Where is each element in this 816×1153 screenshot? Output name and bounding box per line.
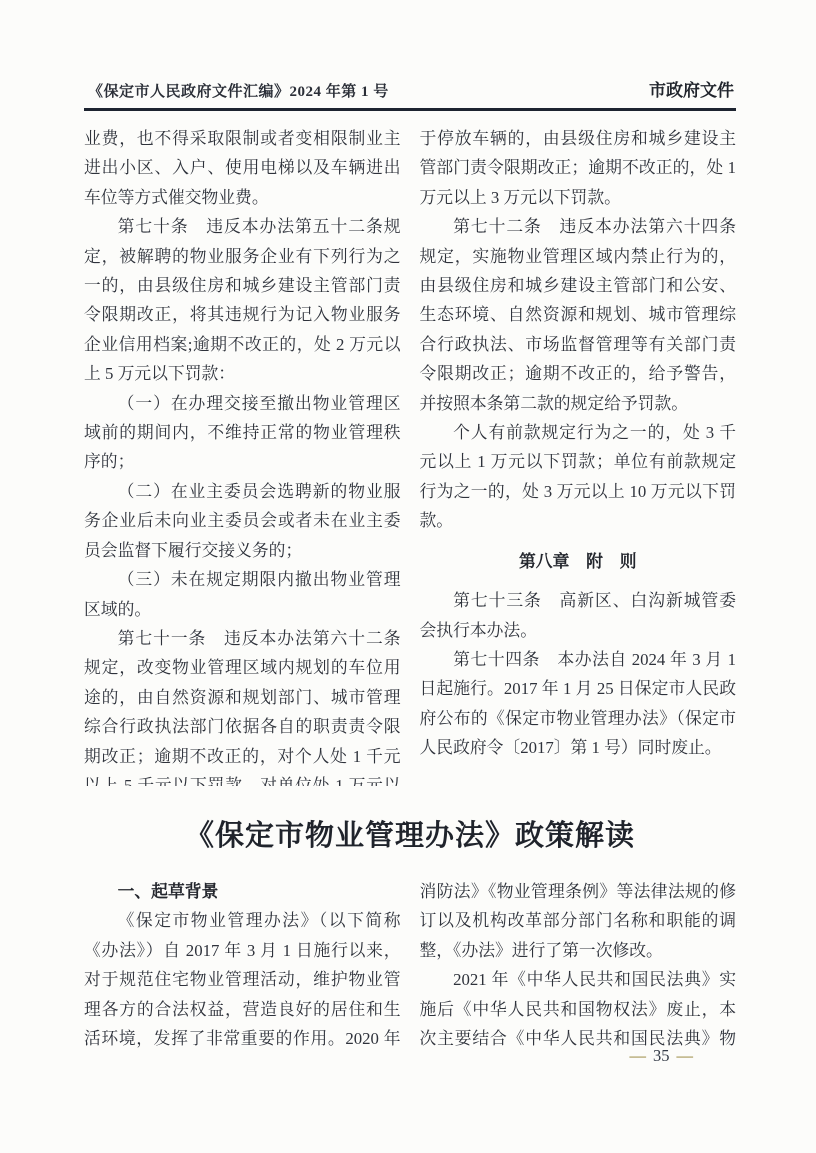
paragraph: 消防法》《物业管理条例》等法律法规的修订以及机构改革部分部门名称和职能的调整，《… [420, 877, 737, 965]
regulation-right-column: 于停放车辆的，由县级住房和城乡建设主管部门责令限期改正；逾期不改正的，处 1 万… [420, 124, 737, 786]
policy-section: 一、起草背景《保定市物业管理办法》（以下简称《办法》）自 2017 年 3 月 … [84, 877, 736, 1057]
paragraph: 《保定市物业管理办法》（以下简称《办法》）自 2017 年 3 月 1 日施行以… [84, 906, 401, 1057]
paragraph: 2021 年《中华人民共和国民法典》实施后《中华人民共和国物权法》废止，本次主要… [420, 965, 737, 1057]
paragraph: 个人有前款规定行为之一的，处 3 千元以上 1 万元以下罚款；单位有前款规定行为… [420, 418, 737, 536]
page-header: 《保定市人民政府文件汇编》2024 年第 1 号 市政府文件 [84, 76, 736, 111]
paragraph: 第七十条 违反本办法第五十二条规定，被解聘的物业服务企业有下列行为之一的，由县级… [84, 212, 401, 388]
document-page: 《保定市人民政府文件汇编》2024 年第 1 号 市政府文件 业费，也不得采取限… [0, 0, 816, 1153]
regulation-left-column: 业费，也不得采取限制或者变相限制业主进出小区、入户、使用电梯以及车辆进出车位等方… [84, 124, 401, 786]
paragraph: 第七十一条 违反本办法第六十二条规定，改变物业管理区域内规划的车位用途的，由自然… [84, 624, 401, 786]
page-number-dash-left: — [623, 1046, 654, 1065]
paragraph: 于停放车辆的，由县级住房和城乡建设主管部门责令限期改正；逾期不改正的，处 1 万… [420, 124, 737, 212]
chapter-heading: 第八章 附 则 [420, 547, 737, 576]
header-doc-category: 市政府文件 [649, 76, 734, 101]
paragraph: 第七十四条 本办法自 2024 年 3 月 1 日起施行。2017 年 1 月 … [420, 645, 737, 763]
section-heading: 一、起草背景 [84, 877, 401, 906]
policy-right-column: 消防法》《物业管理条例》等法律法规的修订以及机构改革部分部门名称和职能的调整，《… [420, 877, 737, 1057]
paragraph: （一）在办理交接至撤出物业管理区域前的期间内，不维持正常的物业管理秩序的； [84, 389, 401, 477]
page-footer: —35— [623, 1046, 701, 1066]
paragraph: 第七十三条 高新区、白沟新城管委会执行本办法。 [420, 586, 737, 645]
header-compilation-title: 《保定市人民政府文件汇编》2024 年第 1 号 [88, 80, 389, 101]
page-number-dash-right: — [670, 1046, 701, 1065]
paragraph: （三）未在规定期限内撤出物业管理区域的。 [84, 565, 401, 624]
page-number: 35 [653, 1046, 670, 1065]
policy-left-column: 一、起草背景《保定市物业管理办法》（以下简称《办法》）自 2017 年 3 月 … [84, 877, 401, 1057]
regulation-section: 业费，也不得采取限制或者变相限制业主进出小区、入户、使用电梯以及车辆进出车位等方… [84, 124, 736, 786]
paragraph: 第七十二条 违反本办法第六十四条规定，实施物业管理区域内禁止行为的，由县级住房和… [420, 212, 737, 418]
paragraph: 业费，也不得采取限制或者变相限制业主进出小区、入户、使用电梯以及车辆进出车位等方… [84, 124, 401, 212]
policy-interpretation-title: 《保定市物业管理办法》政策解读 [84, 813, 736, 854]
paragraph: （二）在业主委员会选聘新的物业服务企业后未向业主委员会或者未在业主委员会监督下履… [84, 477, 401, 565]
